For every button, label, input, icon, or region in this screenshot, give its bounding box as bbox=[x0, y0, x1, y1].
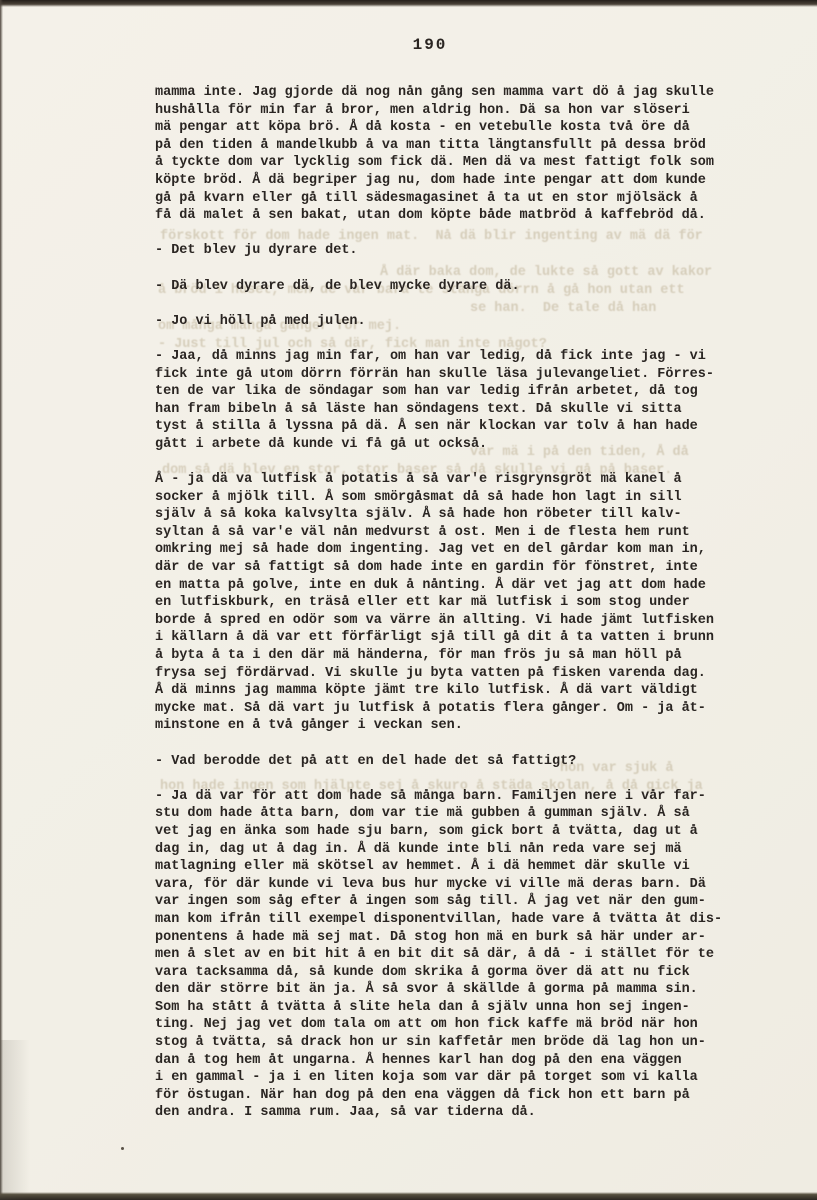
dialogue-line: - Det blev ju dyrare det. bbox=[155, 242, 755, 260]
dialogue-line: - Jo vi höll på med julen. bbox=[155, 313, 755, 331]
dialogue-question: - Vad berodde det på att en del hade det… bbox=[155, 753, 755, 771]
scan-edge-top bbox=[0, 0, 817, 7]
paragraph-intro: mamma inte. Jag gjorde dä nog nån gång s… bbox=[155, 84, 755, 225]
page-number: 190 bbox=[0, 36, 817, 54]
paragraph-lutfisk: Å - ja dä va lutfisk å potatis å så var'… bbox=[155, 471, 755, 735]
paper-speck bbox=[121, 1147, 124, 1150]
dialogue-line: - Dä blev dyrare dä, de blev mycke dyrar… bbox=[155, 278, 755, 296]
text-column: mamma inte. Jag gjorde dä nog nån gång s… bbox=[155, 84, 755, 1140]
scanned-page: 190 förskott för dom hade ingen mat. Nå … bbox=[0, 0, 817, 1200]
scan-edge-left bbox=[0, 0, 3, 1200]
paragraph-jul: - Jaa, då minns jag min far, om han var … bbox=[155, 348, 755, 454]
scan-shadow-left bbox=[0, 1040, 30, 1200]
paragraph-fattigdom: - Ja dä var för att dom hade så många ba… bbox=[155, 788, 755, 1122]
scan-edge-bottom bbox=[0, 1192, 817, 1200]
